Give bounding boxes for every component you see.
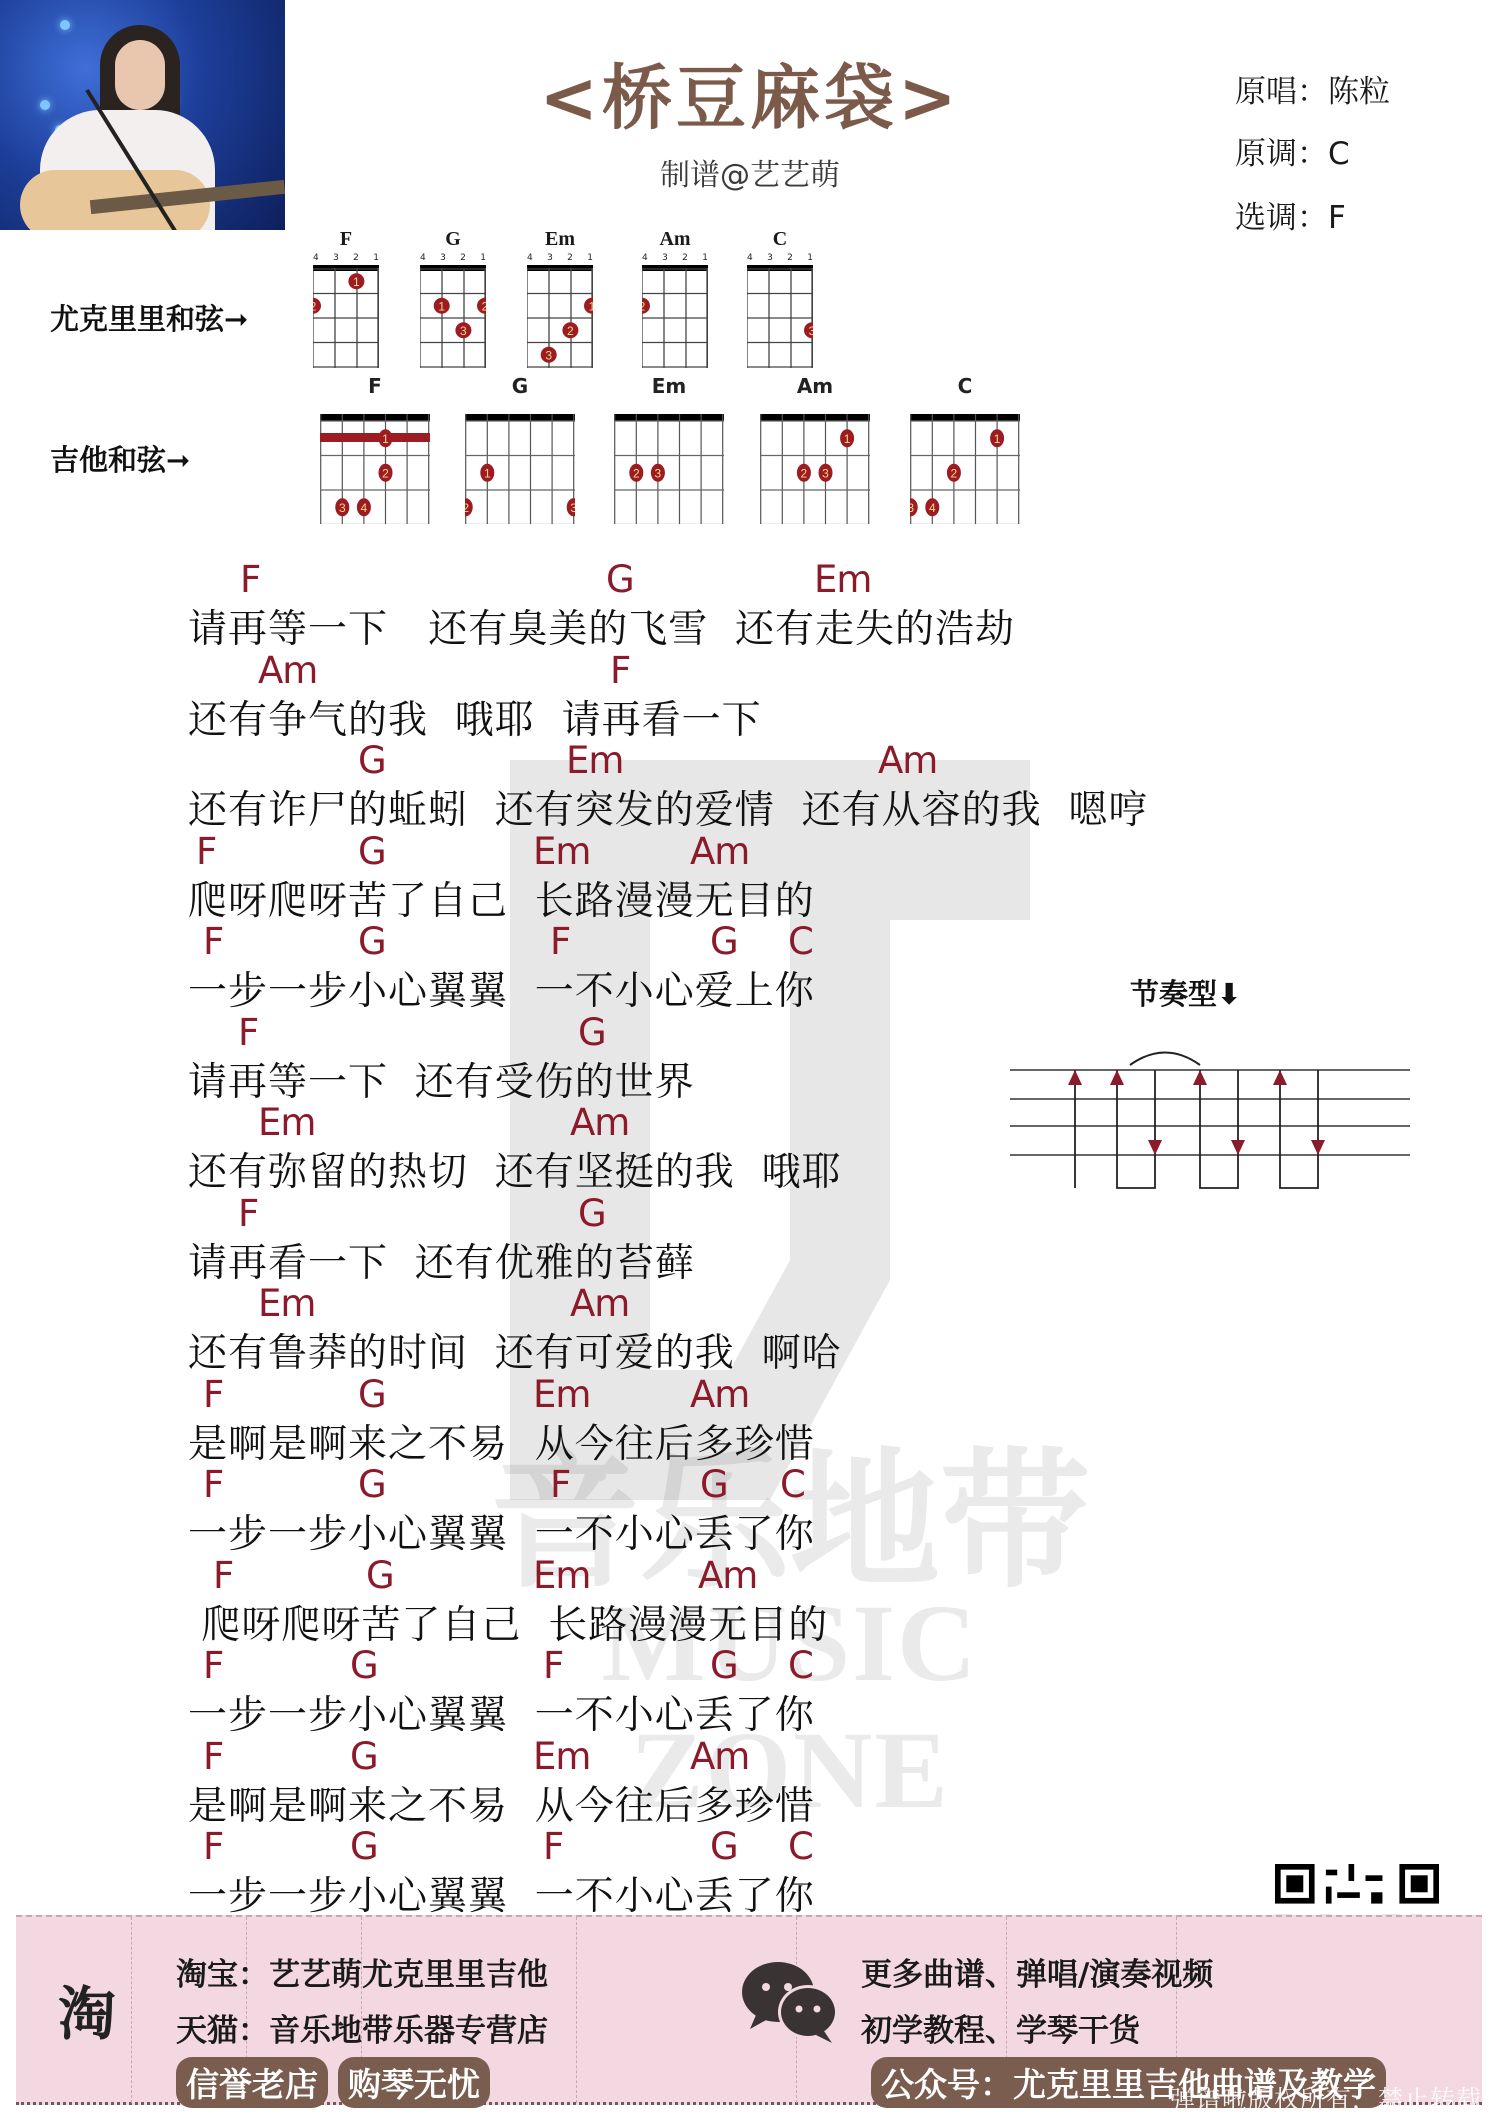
chord-marker: G	[350, 1644, 378, 1687]
chord-name: Em	[527, 228, 593, 251]
fretboard-grid: 3	[747, 268, 813, 368]
copyright-notice: 弹谱啦版权所有，禁止转载	[1170, 2080, 1482, 2116]
rhythm-pattern-label: 节奏型⬇	[1130, 972, 1241, 1013]
tmall-shop[interactable]: 天猫：音乐地带乐器专营店	[176, 2005, 548, 2050]
chord-marker: Am	[690, 1373, 749, 1416]
svg-text:2: 2	[313, 299, 317, 313]
chord-marker: Em	[533, 1373, 590, 1416]
chord-marker: G	[358, 920, 386, 963]
fretboard-grid: 1234	[320, 414, 430, 524]
svg-text:1: 1	[438, 299, 445, 313]
taobao-shop[interactable]: 淘宝：艺艺萌尤克里里吉他	[176, 1949, 548, 1994]
lyric-text: 还有弥留的热切 还有坚挺的我 哦耶	[188, 1141, 842, 1197]
svg-text:2: 2	[482, 299, 486, 313]
lyric-text: 是啊是啊来之不易 从今往后多珍惜	[188, 1775, 815, 1831]
chord-marker: F	[203, 1735, 223, 1778]
svg-text:1: 1	[844, 432, 851, 446]
chord-marker: F	[196, 830, 216, 873]
chord-marker: F	[203, 920, 223, 963]
original-key: 原调：C	[1235, 128, 1350, 173]
chord-name: G	[465, 374, 575, 398]
chord-marker: C	[780, 1463, 805, 1506]
fretboard-grid: 2	[642, 268, 708, 368]
chord-marker: G	[358, 1373, 386, 1416]
lyric-text: 爬呀爬呀苦了自己 长路漫漫无目的	[188, 1594, 828, 1650]
lyric-text: 还有诈尸的蚯蚓 还有突发的爱情 还有从容的我 嗯哼	[188, 779, 1148, 835]
chord-marker: C	[788, 1644, 813, 1687]
lyric-text: 请再等一下 还有臭美的飞雪 还有走失的浩劫	[188, 598, 1015, 654]
lyric-text: 一步一步小心翼翼 一不小心爱上你	[188, 960, 815, 1016]
chord-marker: F	[203, 1644, 223, 1687]
fretboard-grid: 23	[614, 414, 724, 524]
chord-marker: F	[203, 1463, 223, 1506]
chord-name: C	[910, 374, 1020, 398]
chord-marker: G	[366, 1554, 394, 1597]
taobao-icon: 淘	[58, 1967, 116, 2051]
svg-text:2: 2	[382, 466, 389, 480]
chord-name: G	[420, 228, 486, 251]
chord-marker: G	[358, 830, 386, 873]
wechat-promo-line1: 更多曲谱、弹唱/演奏视频	[861, 1949, 1213, 1994]
wechat-promo-line2: 初学教程、学琴干货	[861, 2005, 1140, 2050]
string-numbers: 4321	[313, 253, 379, 263]
chord-marker: Em	[258, 1282, 315, 1325]
chord-marker: G	[710, 920, 738, 963]
guitar-chords-label: 吉他和弦➞	[50, 438, 190, 479]
original-singer: 原唱：陈粒	[1235, 66, 1390, 111]
chord-marker: C	[788, 1825, 813, 1868]
svg-text:3: 3	[545, 348, 552, 362]
chord-name: F	[313, 228, 379, 251]
svg-text:1: 1	[382, 432, 389, 446]
lyric-text: 一步一步小心翼翼 一不小心丢了你	[188, 1503, 815, 1559]
svg-text:3: 3	[822, 466, 829, 480]
svg-text:1: 1	[484, 466, 491, 480]
svg-text:2: 2	[642, 299, 646, 313]
chord-marker: F	[240, 558, 260, 601]
chord-marker: G	[578, 1192, 606, 1235]
svg-text:3: 3	[339, 501, 346, 515]
chord-marker: Em	[533, 830, 590, 873]
lyric-text: 爬呀爬呀苦了自己 长路漫漫无目的	[188, 870, 815, 926]
chord-marker: G	[710, 1644, 738, 1687]
chord-marker: Em	[814, 558, 871, 601]
fretboard-grid: 123	[465, 414, 575, 524]
chord-marker: Am	[690, 1735, 749, 1778]
svg-text:3: 3	[570, 501, 575, 515]
lyric-text: 一步一步小心翼翼 一不小心丢了你	[188, 1865, 815, 1921]
lyric-text: 一步一步小心翼翼 一不小心丢了你	[188, 1684, 815, 1740]
svg-text:2: 2	[567, 324, 574, 338]
chord-marker: G	[350, 1735, 378, 1778]
worry-free-badge: 购琴无忧	[338, 2057, 490, 2108]
shop-footer-banner: 淘 淘宝：艺艺萌尤克里里吉他 天猫：音乐地带乐器专营店 信誉老店 购琴无忧 更多…	[16, 1915, 1482, 2105]
svg-text:3: 3	[655, 466, 662, 480]
svg-text:2: 2	[633, 466, 640, 480]
chord-name: Am	[642, 228, 708, 251]
chord-marker: Em	[533, 1554, 590, 1597]
chord-marker: G	[578, 1011, 606, 1054]
chord-marker: G	[358, 1463, 386, 1506]
svg-text:1: 1	[994, 432, 1001, 446]
chord-marker: Am	[698, 1554, 757, 1597]
wechat-icon	[736, 1957, 846, 2047]
chord-marker: F	[238, 1011, 258, 1054]
trust-badge: 信誉老店	[176, 2057, 328, 2108]
svg-text:2: 2	[465, 501, 469, 515]
chord-marker: Am	[258, 649, 317, 692]
chord-marker: C	[788, 920, 813, 963]
chord-marker: Am	[690, 830, 749, 873]
string-numbers: 4321	[527, 253, 593, 263]
svg-text:2: 2	[951, 466, 958, 480]
fretboard-grid: 123	[760, 414, 870, 524]
chord-marker: Em	[258, 1101, 315, 1144]
fretboard-grid: 1234	[910, 414, 1020, 524]
chord-marker: F	[543, 1644, 563, 1687]
svg-text:1: 1	[353, 275, 360, 289]
chord-marker: F	[213, 1554, 233, 1597]
fretboard-grid: 123	[527, 268, 593, 368]
chord-marker: F	[543, 1825, 563, 1868]
chord-marker: F	[238, 1192, 258, 1235]
lyric-text: 请再等一下 还有受伤的世界	[188, 1051, 695, 1107]
fretboard-grid: 123	[420, 268, 486, 368]
strum-pattern-diagram	[1010, 1030, 1410, 1200]
chord-marker: F	[550, 920, 570, 963]
chord-name: Am	[760, 374, 870, 398]
chord-marker: Am	[878, 739, 937, 782]
chord-marker: G	[350, 1825, 378, 1868]
chord-marker: F	[203, 1373, 223, 1416]
chord-marker: Em	[533, 1735, 590, 1778]
lyric-text: 是啊是啊来之不易 从今往后多珍惜	[188, 1413, 815, 1469]
chord-marker: Am	[570, 1282, 629, 1325]
chord-name: Em	[614, 374, 724, 398]
string-numbers: 4321	[747, 253, 813, 263]
chord-marker: G	[606, 558, 634, 601]
chord-name: C	[747, 228, 813, 251]
lyric-text: 还有争气的我 哦耶 请再看一下	[188, 689, 762, 745]
svg-text:2: 2	[801, 466, 808, 480]
svg-text:3: 3	[460, 324, 467, 338]
chord-marker: Am	[570, 1101, 629, 1144]
selected-key: 选调：F	[1235, 192, 1346, 237]
svg-text:3: 3	[910, 501, 914, 515]
chord-marker: F	[550, 1463, 570, 1506]
chord-marker: F	[203, 1825, 223, 1868]
string-numbers: 4321	[642, 253, 708, 263]
chord-marker: G	[700, 1463, 728, 1506]
svg-text:1: 1	[589, 299, 593, 313]
svg-text:4: 4	[929, 501, 936, 515]
svg-text:4: 4	[361, 501, 368, 515]
string-numbers: 4321	[420, 253, 486, 263]
lyric-text: 还有鲁莽的时间 还有可爱的我 啊哈	[188, 1322, 842, 1378]
lyric-text: 请再看一下 还有优雅的苔藓	[188, 1232, 695, 1288]
ukulele-chords-label: 尤克里里和弦➞	[50, 297, 248, 338]
svg-text:3: 3	[809, 324, 813, 338]
chord-name: F	[320, 374, 430, 398]
fretboard-grid: 12	[313, 268, 379, 368]
chord-marker: G	[358, 739, 386, 782]
chord-marker: Em	[566, 739, 623, 782]
chord-marker: F	[610, 649, 630, 692]
chord-marker: G	[710, 1825, 738, 1868]
